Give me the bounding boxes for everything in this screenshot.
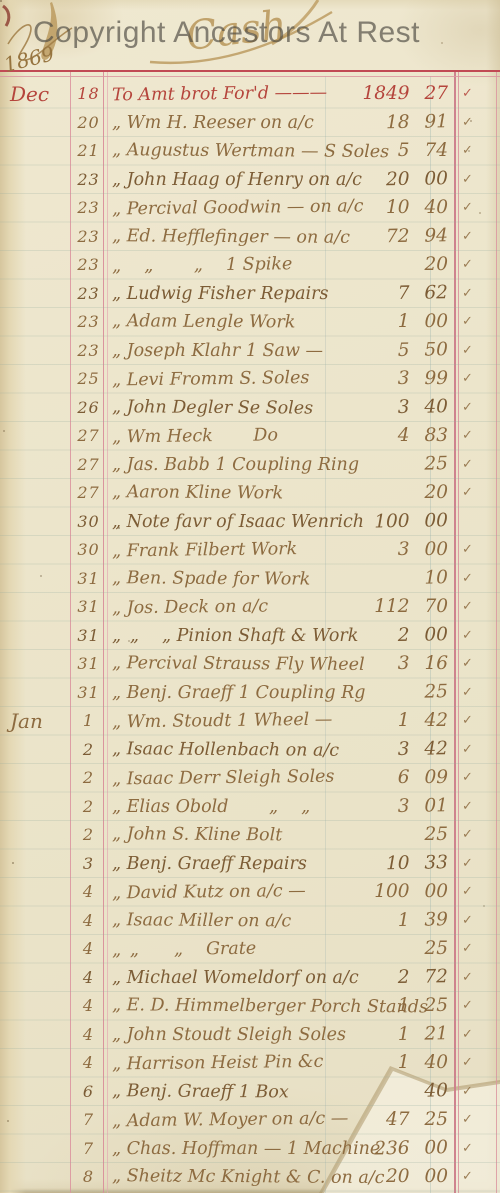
amount-cell: 7 62 — [345, 279, 455, 309]
ledger-row: 4 „ „ „ Grate 25 ✓ — [0, 935, 500, 964]
day-cell: 2 — [70, 736, 107, 765]
ledger-row: 31 „ Ben. Spade for Work 10 ✓ — [0, 565, 500, 594]
amount-cell: 25 — [345, 450, 455, 480]
description-cell: „ Isaac Hollenbach on a/c — [107, 735, 345, 765]
ledger-row: 23 „ Ludwig Fisher Repairs 7 62 ✓ — [0, 280, 500, 309]
ledger-row: 7 „ Chas. Hoffman — 1 Machine 236 00 ✓ — [0, 1135, 500, 1164]
month-cell — [0, 223, 70, 252]
amount-cell: 236 00 — [345, 1134, 455, 1164]
month-cell — [0, 479, 70, 508]
ledger-row: 27 „ Jas. Babb 1 Coupling Ring 25 ✓ — [0, 451, 500, 480]
description-cell: „ „ „ 1 Spike — [107, 250, 345, 281]
check-mark-cell: ✓ — [455, 793, 500, 822]
description-cell: „ E. D. Himmelberger Porch Stands — [107, 991, 345, 1021]
description-cell: „ Sheitz Mc Knight & C. on a/c — [107, 1162, 345, 1192]
ledger-row: 30 „ Frank Filbert Work 3 00 ✓ — [0, 536, 500, 565]
month-cell — [0, 251, 70, 280]
check-mark-cell: ✓ — [455, 964, 500, 993]
day-cell: 23 — [70, 194, 107, 223]
month-cell — [0, 194, 70, 223]
ledger-rows: Dec 18 To Amt brot For'd ——— 1849 27 ✓ 2… — [0, 80, 500, 1192]
day-cell: 27 — [70, 479, 107, 508]
day-cell: 20 — [70, 109, 107, 138]
watermark-text: Copyright Ancestors At Rest — [33, 16, 420, 50]
amount-cell: 25 — [345, 821, 455, 850]
description-cell: „ Isaac Derr Sleigh Soles — [107, 763, 345, 794]
check-mark-cell: ✓ — [455, 850, 500, 879]
amount-cell: 3 01 — [345, 792, 455, 822]
description-cell: „ Jas. Babb 1 Coupling Ring — [107, 451, 345, 480]
description-cell: „ John Stoudt Sleigh Soles — [107, 1021, 345, 1050]
ledger-row: 25 „ Levi Fromm S. Soles 3 99 ✓ — [0, 365, 500, 394]
description-cell: „ Frank Filbert Work — [107, 535, 345, 566]
amount-cell: 3 42 — [345, 735, 455, 765]
ledger-row: 27 „ Wm Heck Do 4 83 ✓ — [0, 422, 500, 451]
amount-cell: 6 09 — [345, 764, 455, 793]
description-cell: „ Elias Obold „ „ — [107, 793, 345, 822]
check-mark-cell: ✓ — [455, 736, 500, 765]
month-cell — [0, 793, 70, 822]
amount-cell: 1 00 — [345, 308, 455, 337]
description-cell: „ „ „ Grate — [107, 934, 345, 965]
ledger-row: 21 „ Augustus Wertman — S Soles 5 74 ✓ — [0, 137, 500, 166]
day-cell: 8 — [70, 1163, 107, 1192]
check-mark-cell: ✓ — [455, 280, 500, 309]
check-mark-cell: ✓ — [455, 394, 500, 423]
day-cell: 2 — [70, 793, 107, 822]
amount-cell: 100 00 — [345, 878, 455, 907]
description-cell: „ Michael Womeldorf on a/c — [107, 964, 345, 993]
check-mark-cell: ✓ — [455, 992, 500, 1021]
day-cell: 3 — [70, 850, 107, 879]
ledger-row: 23 „ Ed. Hefflefinger — on a/c 72 94 ✓ — [0, 223, 500, 252]
amount-cell: 112 70 — [345, 593, 455, 622]
check-mark-cell: ✓ — [455, 365, 500, 394]
description-cell: „ Adam Lengle Work — [107, 307, 345, 337]
check-mark-cell: ✓ — [455, 1135, 500, 1164]
description-cell: „ Ed. Hefflefinger — on a/c — [107, 222, 345, 252]
check-mark-cell: ✓ — [455, 422, 500, 451]
amount-cell: 20 00 — [345, 165, 455, 195]
month-cell — [0, 878, 70, 907]
amount-cell: 3 00 — [345, 536, 455, 565]
description-cell: „ Percival Strauss Fly Wheel — [107, 649, 345, 679]
ledger-row: 26 „ John Degler Se Soles 3 40 ✓ — [0, 394, 500, 423]
description-cell: „ Benj. Graeff 1 Coupling Rg — [107, 679, 345, 708]
check-mark-cell: ✓ — [455, 565, 500, 594]
amount-cell: 25 — [345, 678, 455, 708]
day-cell: 4 — [70, 907, 107, 936]
month-cell — [0, 1163, 70, 1192]
ledger-row: 31 „ Benj. Graeff 1 Coupling Rg 25 ✓ — [0, 679, 500, 708]
ledger-row: 23 „ Percival Goodwin — on a/c 10 40 ✓ — [0, 194, 500, 223]
check-mark-cell: ✓ — [455, 1021, 500, 1050]
ledger-row: 23 „ Joseph Klahr 1 Saw — 5 50 ✓ — [0, 337, 500, 366]
description-cell: „ „ „ Pinion Shaft & Work — [107, 622, 345, 651]
amount-cell: 1 42 — [345, 707, 455, 736]
check-mark-cell: ✓ — [455, 935, 500, 964]
day-cell: 6 — [70, 1078, 107, 1107]
day-cell: 23 — [70, 251, 107, 280]
description-cell: „ David Kutz on a/c — — [107, 877, 345, 908]
check-mark-cell: ✓ — [455, 223, 500, 252]
day-cell: 4 — [70, 992, 107, 1021]
ledger-row: 23 „ John Haag of Henry on a/c 20 00 ✓ — [0, 166, 500, 195]
amount-cell: 2 72 — [345, 963, 455, 993]
ledger-row: 4 „ David Kutz on a/c — 100 00 ✓ — [0, 878, 500, 907]
month-cell — [0, 650, 70, 679]
day-cell: 2 — [70, 821, 107, 850]
month-cell — [0, 394, 70, 423]
ledger-row: 4 „ Isaac Miller on a/c 1 39 ✓ — [0, 907, 500, 936]
description-cell: „ Chas. Hoffman — 1 Machine — [107, 1135, 345, 1164]
month-cell — [0, 679, 70, 708]
day-cell: 31 — [70, 622, 107, 651]
ledger-row: 31 „ Percival Strauss Fly Wheel 3 16 ✓ — [0, 650, 500, 679]
description-cell: „ John Degler Se Soles — [107, 393, 345, 423]
description-cell: „ Levi Fromm S. Soles — [107, 364, 345, 395]
amount-cell: 20 — [345, 251, 455, 280]
day-cell: 30 — [70, 536, 107, 565]
month-cell — [0, 622, 70, 651]
month-cell: Jan — [0, 707, 70, 736]
day-cell: 31 — [70, 565, 107, 594]
check-mark-cell: ✓ — [455, 707, 500, 736]
amount-cell: 2 00 — [345, 621, 455, 651]
day-cell: 7 — [70, 1135, 107, 1164]
check-mark-cell: ✓ — [455, 109, 500, 138]
description-cell: „ Augustus Wertman — S Soles — [107, 136, 345, 166]
check-mark-cell: ✓ — [455, 593, 500, 622]
day-cell: 4 — [70, 964, 107, 993]
check-mark-cell: ✓ — [455, 764, 500, 793]
check-mark-cell: ✓ — [455, 650, 500, 679]
amount-cell: 3 40 — [345, 393, 455, 423]
month-cell — [0, 451, 70, 480]
amount-cell: 25 — [345, 935, 455, 964]
day-cell: 23 — [70, 166, 107, 195]
ledger-row: 6 „ Benj. Graeff 1 Box 40 ✓ — [0, 1078, 500, 1107]
check-mark-cell: ✓ — [455, 337, 500, 366]
amount-cell: 20 — [345, 479, 455, 508]
month-cell — [0, 109, 70, 138]
amount-cell: 4 83 — [345, 422, 455, 451]
corner-red-mark — [3, 6, 9, 26]
month-cell — [0, 1106, 70, 1135]
month-cell — [0, 422, 70, 451]
ledger-row: 31 „ „ „ Pinion Shaft & Work 2 00 ✓ — [0, 622, 500, 651]
month-cell — [0, 137, 70, 166]
day-cell: 25 — [70, 365, 107, 394]
check-mark-cell: ✓ — [455, 251, 500, 280]
month-cell — [0, 964, 70, 993]
check-mark-cell: ✓ — [455, 821, 500, 850]
check-mark-cell: ✓ — [455, 451, 500, 480]
ledger-row: 4 „ E. D. Himmelberger Porch Stands 1 25… — [0, 992, 500, 1021]
ledger-row: 27 „ Aaron Kline Work 20 ✓ — [0, 479, 500, 508]
amount-cell: 72 94 — [345, 222, 455, 252]
description-cell: „ John Haag of Henry on a/c — [107, 166, 345, 195]
day-cell: 21 — [70, 137, 107, 166]
amount-cell: 1 40 — [345, 1049, 455, 1078]
month-cell — [0, 337, 70, 366]
day-cell: 26 — [70, 394, 107, 423]
month-cell — [0, 1078, 70, 1107]
check-mark-cell: ✓ — [455, 1106, 500, 1135]
description-cell: „ Wm H. Reeser on a/c — [107, 109, 345, 138]
description-cell: „ John S. Kline Bolt — [107, 820, 345, 850]
ledger-row: 23 „ Adam Lengle Work 1 00 ✓ — [0, 308, 500, 337]
check-mark-cell: ✓ — [455, 907, 500, 936]
amount-cell: 47 25 — [345, 1106, 455, 1135]
description-cell: „ Isaac Miller on a/c — [107, 906, 345, 936]
ledger-page-scan: 1869 Cash Copyright Ancestors At Rest De… — [0, 0, 500, 1193]
month-cell — [0, 166, 70, 195]
day-cell: 31 — [70, 679, 107, 708]
description-cell: „ Aaron Kline Work — [107, 478, 345, 508]
day-cell: 23 — [70, 308, 107, 337]
check-mark-cell: ✓ — [455, 679, 500, 708]
month-cell — [0, 1049, 70, 1078]
description-cell: „ Note favr of Isaac Wenrich — [107, 508, 345, 537]
day-cell: 31 — [70, 593, 107, 622]
check-mark-cell: ✓ — [455, 878, 500, 907]
month-cell — [0, 280, 70, 309]
ledger-row: 23 „ „ „ 1 Spike 20 ✓ — [0, 251, 500, 280]
description-cell: „ Percival Goodwin — on a/c — [107, 193, 345, 224]
day-cell: 2 — [70, 764, 107, 793]
month-cell — [0, 736, 70, 765]
ledger-row: 2 „ John S. Kline Bolt 25 ✓ — [0, 821, 500, 850]
ledger-row: 20 „ Wm H. Reeser on a/c 18 91 ✓ — [0, 109, 500, 138]
check-mark-cell: ✓ — [455, 166, 500, 195]
day-cell: 27 — [70, 422, 107, 451]
check-mark-cell: ✓ — [455, 1049, 500, 1078]
month-cell — [0, 508, 70, 537]
ledger-row: 31 „ Jos. Deck on a/c 112 70 ✓ — [0, 593, 500, 622]
month-cell — [0, 536, 70, 565]
month-cell — [0, 935, 70, 964]
month-cell — [0, 365, 70, 394]
ledger-row: 3 „ Benj. Graeff Repairs 10 33 ✓ — [0, 850, 500, 879]
check-mark-cell: ✓ — [455, 137, 500, 166]
check-mark-cell: ✓ — [455, 536, 500, 565]
month-cell — [0, 764, 70, 793]
description-cell: „ Wm Heck Do — [107, 421, 345, 452]
month-cell — [0, 821, 70, 850]
day-cell: 7 — [70, 1106, 107, 1135]
month-cell — [0, 565, 70, 594]
amount-cell: 18 91 — [345, 108, 455, 138]
day-cell: 4 — [70, 935, 107, 964]
day-cell: 30 — [70, 508, 107, 537]
check-mark-cell — [455, 508, 500, 537]
check-mark-cell: ✓ — [455, 308, 500, 337]
description-cell: „ Benj. Graeff Repairs — [107, 850, 345, 879]
description-cell: „ Benj. Graeff 1 Box — [107, 1077, 345, 1107]
day-cell: 1 — [70, 707, 107, 736]
check-mark-cell: ✓ — [455, 194, 500, 223]
amount-cell: 3 99 — [345, 365, 455, 394]
amount-cell: 5 50 — [345, 336, 455, 366]
ledger-row: 2 „ Isaac Hollenbach on a/c 3 42 ✓ — [0, 736, 500, 765]
day-cell: 31 — [70, 650, 107, 679]
amount-cell: 10 33 — [345, 849, 455, 879]
month-cell — [0, 308, 70, 337]
amount-cell: 1 39 — [345, 906, 455, 936]
ledger-row: 4 „ Michael Womeldorf on a/c 2 72 ✓ — [0, 964, 500, 993]
month-cell — [0, 907, 70, 936]
description-cell: „ Ludwig Fisher Repairs — [107, 280, 345, 309]
check-mark-cell: ✓ — [455, 1163, 500, 1192]
description-cell: „ Joseph Klahr 1 Saw — — [107, 337, 345, 366]
ledger-row: 2 „ Isaac Derr Sleigh Soles 6 09 ✓ — [0, 764, 500, 793]
description-cell: „ Ben. Spade for Work — [107, 564, 345, 594]
ledger-row: 8 „ Sheitz Mc Knight & C. on a/c 20 00 ✓ — [0, 1163, 500, 1192]
month-cell — [0, 1135, 70, 1164]
description-cell: „ Wm. Stoudt 1 Wheel — — [107, 706, 345, 737]
day-cell: 23 — [70, 223, 107, 252]
description-cell: „ Harrison Heist Pin &c — [107, 1048, 345, 1079]
amount-cell: 1 21 — [345, 1020, 455, 1050]
day-cell: 23 — [70, 280, 107, 309]
amount-cell: 10 — [345, 564, 455, 594]
ledger-row: 2 „ Elias Obold „ „ 3 01 ✓ — [0, 793, 500, 822]
day-cell: 4 — [70, 1021, 107, 1050]
month-cell — [0, 992, 70, 1021]
day-cell: 27 — [70, 451, 107, 480]
check-mark-cell: ✓ — [455, 1078, 500, 1107]
ledger-row: 4 „ John Stoudt Sleigh Soles 1 21 ✓ — [0, 1021, 500, 1050]
ledger-row: Jan 1 „ Wm. Stoudt 1 Wheel — 1 42 ✓ — [0, 707, 500, 736]
amount-cell: 100 00 — [345, 507, 455, 537]
month-cell — [0, 850, 70, 879]
day-cell: 4 — [70, 878, 107, 907]
amount-cell: 40 — [345, 1077, 455, 1107]
check-mark-cell: ✓ — [455, 479, 500, 508]
month-cell — [0, 593, 70, 622]
description-cell: „ Jos. Deck on a/c — [107, 592, 345, 623]
ledger-row: 4 „ Harrison Heist Pin &c 1 40 ✓ — [0, 1049, 500, 1078]
check-mark-cell: ✓ — [455, 622, 500, 651]
day-cell: 4 — [70, 1049, 107, 1078]
ledger-row: 30 „ Note favr of Isaac Wenrich 100 00 — [0, 508, 500, 537]
ledger-row: 7 „ Adam W. Moyer on a/c — 47 25 ✓ — [0, 1106, 500, 1135]
day-cell: 23 — [70, 337, 107, 366]
month-cell — [0, 1021, 70, 1050]
description-cell: „ Adam W. Moyer on a/c — — [107, 1105, 345, 1136]
